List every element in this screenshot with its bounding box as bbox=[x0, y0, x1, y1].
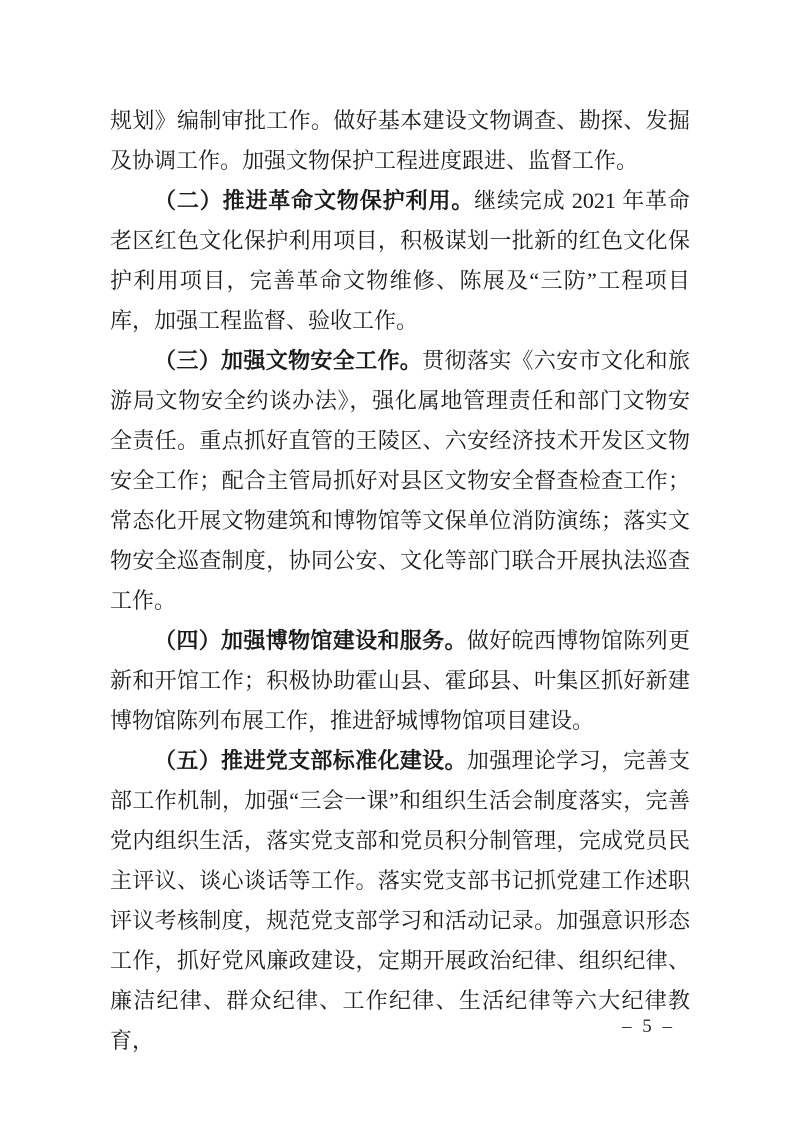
section-heading: （二）推进革命文物保护利用。 bbox=[154, 188, 474, 213]
paragraph: （三）加强文物安全工作。贯彻落实《六安市文化和旅游局文物安全约谈办法》，强化属地… bbox=[110, 341, 690, 621]
paragraph-text: 规划》编制审批工作。做好基本建设文物调查、勘探、发掘及协调工作。加强文物保护工程… bbox=[110, 108, 690, 173]
page-number: – 5 – bbox=[622, 1016, 675, 1038]
section-heading: （四）加强博物馆建设和服务。 bbox=[154, 628, 467, 653]
paragraph-text: 贯彻落实《六安市文化和旅游局文物安全约谈办法》，强化属地管理责任和部门文物安全责… bbox=[110, 348, 690, 613]
paragraph: （二）推进革命文物保护利用。继续完成 2021 年革命老区红色文化保护利用项目，… bbox=[110, 181, 690, 341]
section-heading: （五）推进党支部标准化建设。 bbox=[154, 748, 467, 773]
paragraph-text: 加强理论学习，完善支部工作机制，加强“三会一课”和组织生活会制度落实，完善党内组… bbox=[110, 748, 690, 1053]
section-heading: （三）加强文物安全工作。 bbox=[154, 348, 422, 373]
paragraph: （五）推进党支部标准化建设。加强理论学习，完善支部工作机制，加强“三会一课”和组… bbox=[110, 741, 690, 1061]
document-page: 规划》编制审批工作。做好基本建设文物调查、勘探、发掘及协调工作。加强文物保护工程… bbox=[0, 0, 793, 1122]
paragraph: 规划》编制审批工作。做好基本建设文物调查、勘探、发掘及协调工作。加强文物保护工程… bbox=[110, 101, 690, 181]
paragraph: （四）加强博物馆建设和服务。做好皖西博物馆陈列更新和开馆工作；积极协助霍山县、霍… bbox=[110, 621, 690, 741]
document-body: 规划》编制审批工作。做好基本建设文物调查、勘探、发掘及协调工作。加强文物保护工程… bbox=[110, 101, 690, 1061]
